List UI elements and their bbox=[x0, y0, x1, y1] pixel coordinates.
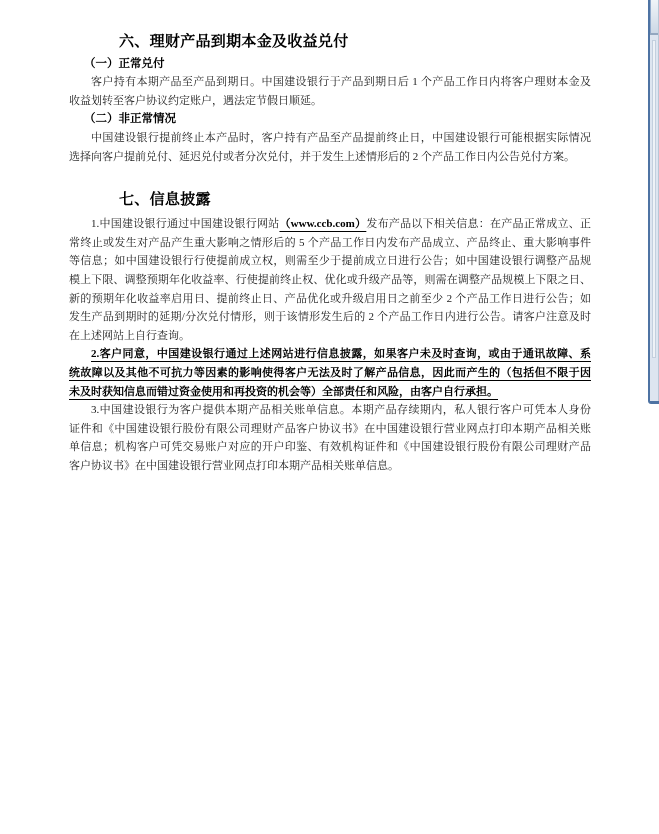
section7-paragraph2-emphasized: 2.客户同意，中国建设银行通过上述网站进行信息披露，如果客户未及时查询，或由于通… bbox=[69, 345, 591, 401]
paragraph-line: 客户持有本期产品至产品到期日。中国建设银行于产品到期日后 1 个产品工作日内将客… bbox=[69, 73, 591, 92]
section7-paragraph3: 3.中国建设银行为客户提供本期产品相关账单信息。本期产品存续期内，私人银行客户可… bbox=[69, 401, 591, 475]
paragraph-text: 1.中国建设银行通过中国建设银行网站 bbox=[91, 218, 279, 230]
section7-title: 七、信息披露 bbox=[119, 191, 591, 209]
paragraph-line: 等信息；如中国建设银行行使提前成立权，则需至少于提前成立日进行公告；如中国建设银… bbox=[69, 252, 591, 271]
paragraph-line: 收益划转至客户协议约定账户，遇法定节假日顺延。 bbox=[69, 92, 591, 111]
section6-title: 六、理财产品到期本金及收益兑付 bbox=[119, 33, 591, 51]
section6-sub2-heading: （二）非正常情况 bbox=[84, 110, 591, 129]
paragraph-line: 常终止或发生对产品产生重大影响之情形后的 5 个产品工作日内发布产品成立、产品终… bbox=[69, 234, 591, 253]
paragraph-line: 发生产品到期时的延期/分次兑付情形，则于该情形发生后的 2 个产品工作日内进行公… bbox=[69, 308, 591, 327]
paragraph-text: 发布产品以下相关信息：在产品正常成立、正 bbox=[366, 218, 591, 230]
section6-paragraph1: 客户持有本期产品至产品到期日。中国建设银行于产品到期日后 1 个产品工作日内将客… bbox=[69, 73, 591, 110]
section7-paragraph1: 1.中国建设银行通过中国建设银行网站（www.ccb.com）发布产品以下相关信… bbox=[69, 215, 591, 345]
paragraph-line: 1.中国建设银行通过中国建设银行网站（www.ccb.com）发布产品以下相关信… bbox=[69, 215, 591, 234]
paragraph-line: 新的预期年化收益率启用日、提前终止日、产品优化或升级启用日之前至少 2 个产品工… bbox=[69, 290, 591, 309]
paragraph-line: 在上述网站上自行查询。 bbox=[69, 327, 591, 346]
section6-paragraph2: 中国建设银行提前终止本产品时，客户持有产品至产品提前终止日，中国建设银行可能根据… bbox=[69, 129, 591, 166]
background-window-edge[interactable] bbox=[648, 0, 659, 404]
paragraph-line: 模上下限、调整预期年化收益率、行使提前终止权、优化或升级产品等，则需在调整产品规… bbox=[69, 271, 591, 290]
paragraph-line: 3.中国建设银行为客户提供本期产品相关账单信息。本期产品存续期内，私人银行客户可… bbox=[69, 401, 591, 420]
document-content: 六、理财产品到期本金及收益兑付 （一）正常兑付 客户持有本期产品至产品到期日。中… bbox=[69, 0, 591, 475]
ccb-website-link[interactable]: （www.ccb.com） bbox=[279, 218, 366, 230]
paragraph-line: 单信息；机构客户可凭交易账户对应的开户印鉴、有效机构证件和《中国建设银行股份有限… bbox=[69, 438, 591, 457]
section6-sub1-heading: （一）正常兑付 bbox=[84, 55, 591, 74]
paragraph-line: 中国建设银行提前终止本产品时，客户持有产品至产品提前终止日，中国建设银行可能根据… bbox=[69, 129, 591, 148]
paragraph-line: 2.客户同意，中国建设银行通过上述网站进行信息披露，如果客户未及时查询，或由于通… bbox=[69, 345, 591, 364]
document-page: 六、理财产品到期本金及收益兑付 （一）正常兑付 客户持有本期产品至产品到期日。中… bbox=[0, 0, 646, 834]
paragraph-line: 证件和《中国建设银行股份有限公司理财产品客户协议书》在中国建设银行营业网点打印本… bbox=[69, 420, 591, 439]
paragraph-line: 未及时获知信息而错过资金使用和再投资的机会等）全部责任和风险，由客户自行承担。 bbox=[69, 383, 591, 402]
paragraph-line: 客户协议书》在中国建设银行营业网点打印本期产品相关账单信息。 bbox=[69, 457, 591, 476]
background-scrollbar-thumb[interactable] bbox=[652, 40, 656, 358]
paragraph-line: 选择向客户提前兑付、延迟兑付或者分次兑付，并于发生上述情形后的 2 个产品工作日… bbox=[69, 148, 591, 167]
paragraph-line: 统故障以及其他不可抗力等因素的影响使得客户无法及时了解产品信息，因此而产生的（包… bbox=[69, 364, 591, 383]
